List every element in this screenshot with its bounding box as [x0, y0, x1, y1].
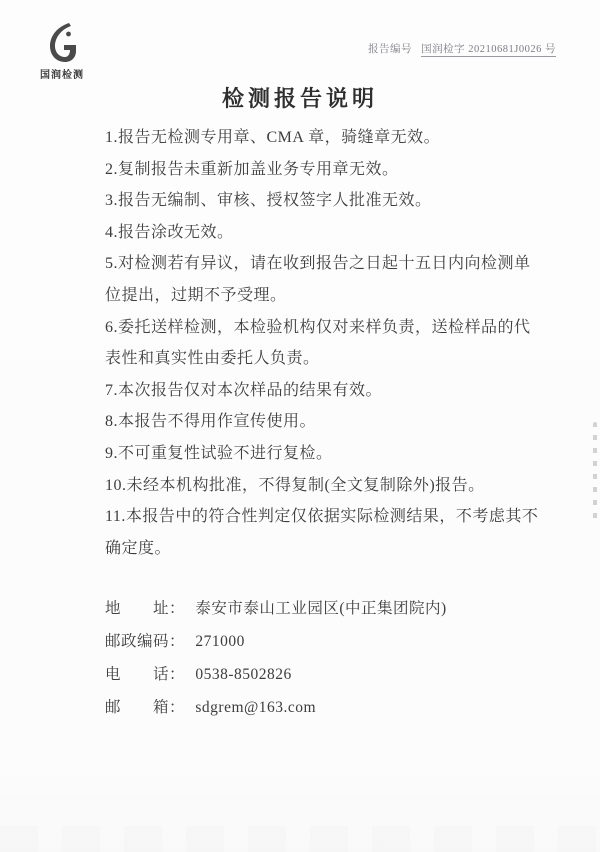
email-label: 邮 箱： [105, 691, 187, 724]
email-row: 邮 箱： sdgrem@163.com [105, 691, 535, 724]
address-label: 地 址： [105, 592, 187, 625]
note-item: 3.报告无编制、审核、授权签字人批准无效。 [105, 185, 542, 217]
note-item: 1.报告无检测专用章、CMA 章，骑缝章无效。 [105, 122, 542, 154]
scan-noise-band [0, 826, 600, 852]
phone-value: 0538-8502826 [195, 666, 291, 683]
notes-list: 1.报告无检测专用章、CMA 章，骑缝章无效。2.复制报告未重新加盖业务专用章无… [105, 122, 542, 564]
note-item: 6.委托送样检测，本检验机构仅对来样负责，送检样品的代表性和真实性由委托人负责。 [105, 312, 542, 375]
address-row: 地 址： 泰安市泰山工业园区(中正集团院内) [105, 592, 535, 625]
note-item: 5.对检测若有异议，请在收到报告之日起十五日内向检测单位提出，过期不予受理。 [105, 248, 542, 311]
report-number-value: 国润检字 20210681J0026 号 [421, 44, 556, 57]
postcode-value: 271000 [195, 633, 245, 650]
report-number: 报告编号 国润检字 20210681J0026 号 [368, 41, 556, 56]
logo-text: 国润检测 [30, 66, 94, 81]
phone-label: 电 话： [105, 658, 187, 691]
note-item: 8.本报告不得用作宣传使用。 [105, 406, 542, 438]
page-edge-artifact [593, 422, 597, 522]
phone-row: 电 话： 0538-8502826 [105, 658, 535, 691]
note-item: 9.不可重复性试验不进行复检。 [105, 438, 542, 470]
contact-block: 地 址： 泰安市泰山工业园区(中正集团院内) 邮政编码： 271000 电 话：… [105, 592, 535, 724]
note-item: 4.报告涂改无效。 [105, 217, 542, 249]
note-item: 2.复制报告未重新加盖业务专用章无效。 [105, 154, 542, 186]
address-value: 泰安市泰山工业园区(中正集团院内) [195, 600, 446, 617]
note-item: 11.本报告中的符合性判定仅依据实际检测结果，不考虑其不确定度。 [105, 501, 542, 564]
page-title: 检测报告说明 [0, 82, 600, 113]
logo-g-icon [42, 22, 82, 64]
postcode-row: 邮政编码： 271000 [105, 625, 535, 658]
note-item: 10.未经本机构批准，不得复制(全文复制除外)报告。 [105, 470, 542, 502]
company-logo: 国润检测 [30, 22, 94, 81]
report-number-label: 报告编号 [368, 44, 412, 55]
postcode-label: 邮政编码： [105, 625, 187, 658]
report-page: 国润检测 报告编号 国润检字 20210681J0026 号 检测报告说明 1.… [0, 0, 600, 852]
email-value: sdgrem@163.com [195, 699, 316, 716]
note-item: 7.本次报告仅对本次样品的结果有效。 [105, 375, 542, 407]
